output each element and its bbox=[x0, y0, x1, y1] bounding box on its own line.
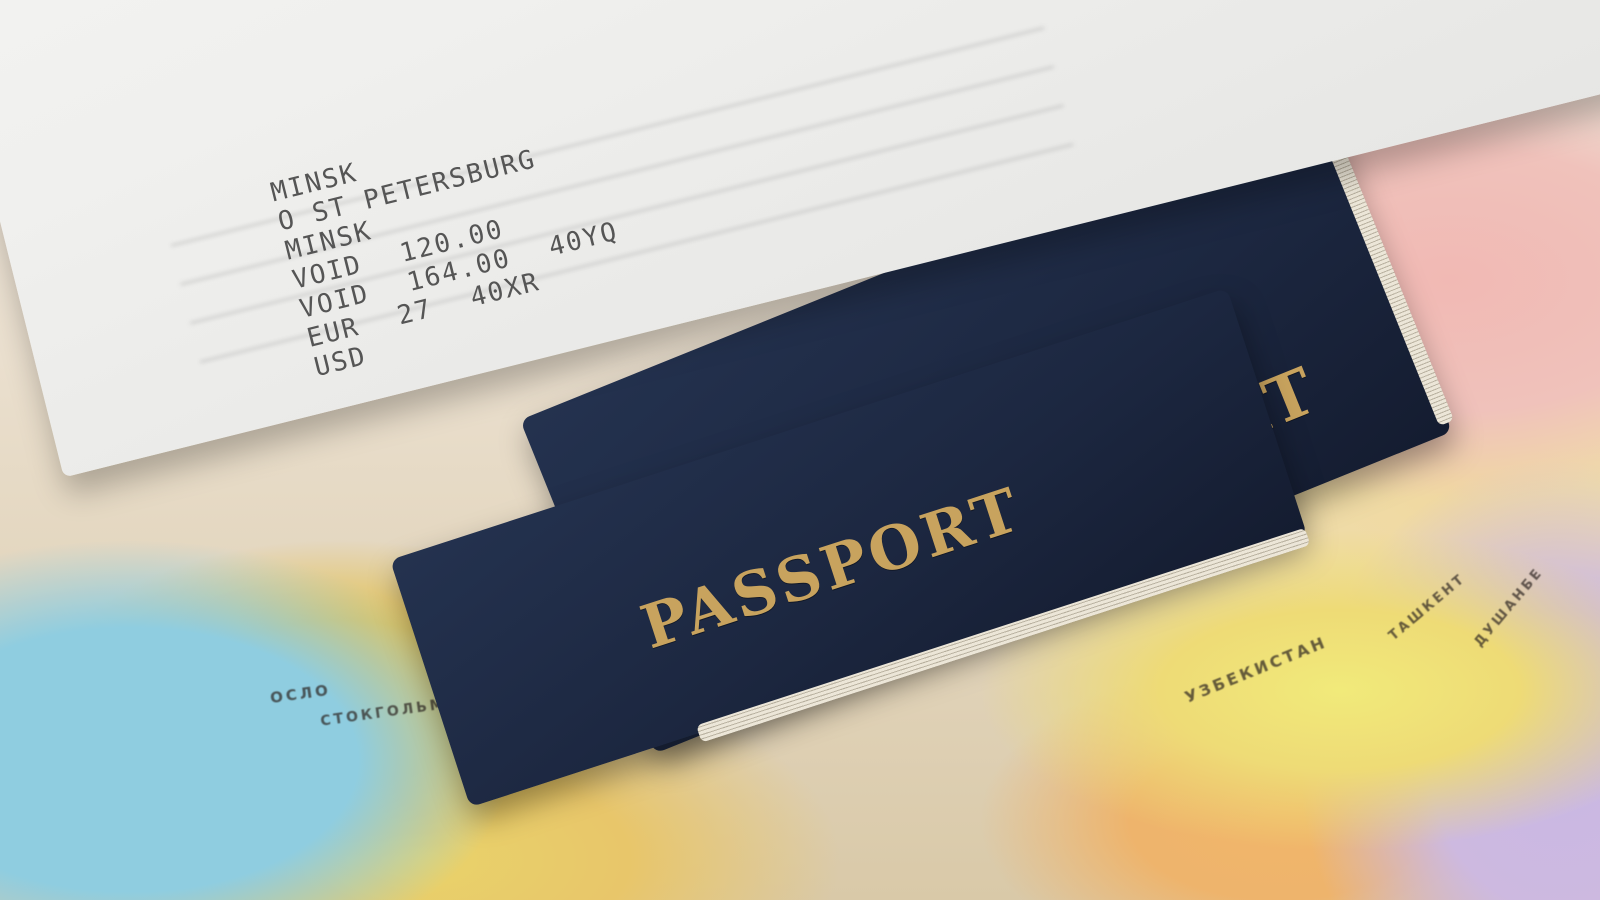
map-label-stockholm: СТОКГОЛЬМ bbox=[320, 696, 448, 730]
map-label-uzbekistan: УЗБЕКИСТАН bbox=[1182, 632, 1330, 706]
map-label-dushanbe: ДУШАНБЕ bbox=[1472, 565, 1547, 650]
photo-scene: ОСЛО СТОКГОЛЬМ ВИЛЬНЮС УЗБЕКИСТАН ТАШКЕН… bbox=[0, 0, 1600, 900]
map-label-tashkent: ТАШКЕНТ bbox=[1386, 571, 1469, 644]
map-label-oslo: ОСЛО bbox=[269, 681, 332, 707]
